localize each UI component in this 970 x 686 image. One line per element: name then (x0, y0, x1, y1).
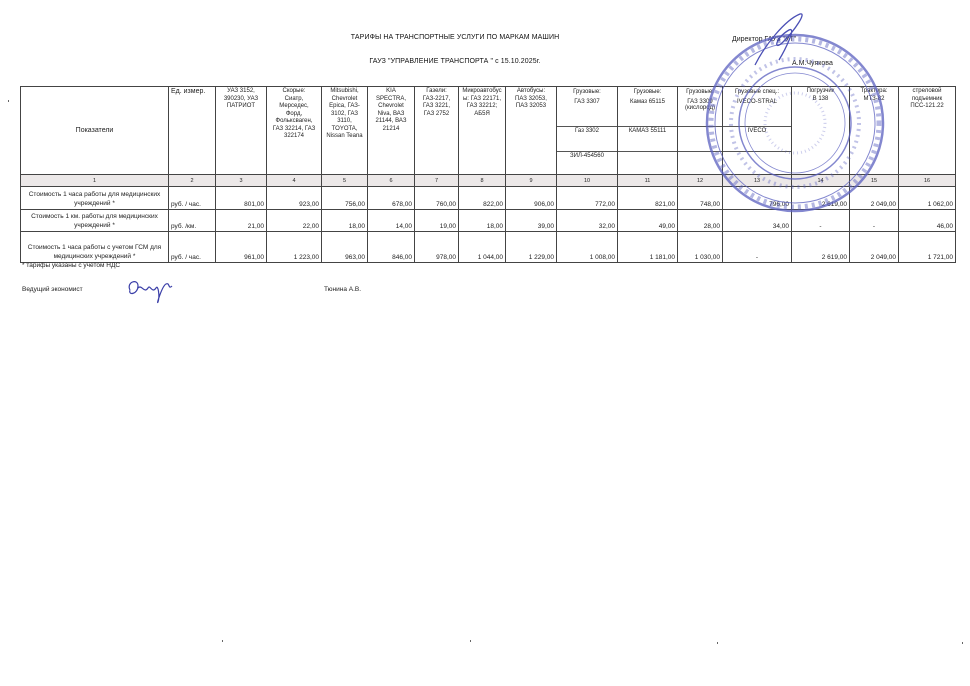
tariff-value: 1 008,00 (557, 232, 618, 263)
vehicle-model-line: Сиатр, (269, 96, 319, 104)
tariff-value: 772,00 (557, 187, 618, 210)
vehicle-model-line: ГАЗ-2217, (417, 96, 456, 104)
scan-speck (8, 100, 9, 102)
tariff-value: 1 229,00 (506, 232, 557, 263)
vehicle-model-line: Форд, (269, 111, 319, 119)
vehicle-model-line: KIA (370, 88, 412, 96)
column-number: 7 (415, 175, 459, 187)
vehicle-model-line: SPECTRA, (370, 96, 412, 104)
vehicle-model-line: 322174 (269, 133, 319, 141)
tariff-value: 760,00 (415, 187, 459, 210)
economist-signature-icon (124, 276, 184, 306)
vehicle-model: КАМАЗ 55111 (618, 127, 677, 152)
vehicle-model-line: Газели: (417, 88, 456, 96)
vehicle-column-header: Mitsubishi,ChevroletEpica, ГАЗ-3102, ГАЗ… (322, 87, 368, 175)
vehicle-column-header: KIASPECTRA,ChevroletNiva, ВАЗ21144, ВАЗ2… (368, 87, 415, 175)
unit-cell: руб. / час. (169, 232, 216, 263)
vehicle-model: Газ 3302 (557, 127, 617, 152)
vehicle-model-line: ПАЗ 32053, (508, 96, 554, 104)
indicator-label: Стоимость 1 часа работы для медицинских … (21, 187, 169, 210)
indicators-header: Показатели (21, 87, 169, 175)
column-number: 5 (322, 175, 368, 187)
vehicle-model-line: ПАТРИОТ (218, 103, 264, 111)
vehicle-column-header: УАЗ 3152,390230, УАЗПАТРИОТ (216, 87, 267, 175)
vehicle-model-line: АБ5Я (461, 111, 503, 119)
tariff-value: 822,00 (459, 187, 506, 210)
column-number: 11 (618, 175, 678, 187)
vehicle-model: ГАЗ 3307 (557, 98, 617, 127)
tariff-value: 801,00 (216, 187, 267, 210)
tariff-value: 49,00 (618, 210, 678, 232)
unit-cell: руб. / час. (169, 187, 216, 210)
economist-title: Ведущий экономист (22, 286, 83, 293)
vehicle-model-line: Скорые: (269, 88, 319, 96)
vat-footnote: * тарифы указаны с учетом НДС (22, 262, 120, 269)
table-row: Стоимость 1 часа работы с учетом ГСМ для… (21, 232, 956, 263)
tariff-value: 1 721,00 (899, 232, 956, 263)
vehicle-model-line: Mitsubishi, (324, 88, 365, 96)
tariff-value: 978,00 (415, 232, 459, 263)
tariff-value: 1 062,00 (899, 187, 956, 210)
scan-speck (470, 640, 471, 642)
vehicle-column-header: Микроавтобусы: ГАЗ 22171,ГАЗ 32212;АБ5Я (459, 87, 506, 175)
scan-speck (717, 642, 718, 644)
vehicle-column-header: Грузовые:ГАЗ 3307Газ 3302ЗИЛ-454560 (557, 87, 618, 175)
vehicle-model-line: 390230, УАЗ (218, 96, 264, 104)
director-signature-icon (745, 10, 825, 70)
vehicle-model-line: TOYOTA, (324, 126, 365, 134)
vehicle-model-line: Микроавтобус (461, 88, 503, 96)
vehicle-model-line: Niva, ВАЗ (370, 111, 412, 119)
vehicle-model-line: Мерседес, (269, 103, 319, 111)
economist-name: Тюнина А.В. (324, 286, 361, 293)
tariff-value: 821,00 (618, 187, 678, 210)
vehicle-model-line: подъемник (901, 96, 953, 104)
column-number: 16 (899, 175, 956, 187)
document-subtitle: ГАУЗ "УПРАВЛЕНИЕ ТРАНСПОРТА " с 15.10.20… (290, 58, 620, 65)
tariff-value: - (723, 232, 792, 263)
indicator-label: Стоимость 1 часа работы с учетом ГСМ для… (21, 232, 169, 263)
tariff-value: 14,00 (368, 210, 415, 232)
tariff-value: 906,00 (506, 187, 557, 210)
tariff-value: 18,00 (322, 210, 368, 232)
unit-header: Ед. измер. (169, 87, 216, 175)
tariff-value: 46,00 (899, 210, 956, 232)
vehicle-model-line: ГАЗ 2752 (417, 111, 456, 119)
vehicle-model (618, 152, 677, 174)
vehicle-column-header: Газели:ГАЗ-2217,ГАЗ 3221,ГАЗ 2752 (415, 87, 459, 175)
vehicle-column-header: Скорые:Сиатр,Мерседес,Форд,Фольксваген,Г… (267, 87, 322, 175)
tariff-value: 2 619,00 (792, 232, 850, 263)
tariff-value: 1 044,00 (459, 232, 506, 263)
vehicle-model-line: Автобусы: (508, 88, 554, 96)
vehicle-model-line: 21214 (370, 126, 412, 134)
vehicle-model-line: Chevrolet (324, 96, 365, 104)
vehicle-model-line: Nissan Teana (324, 133, 365, 141)
column-number: 3 (216, 175, 267, 187)
vehicle-model-line: ГАЗ 32212; (461, 103, 503, 111)
vehicle-column-header: Автобусы:ПАЗ 32053,ПАЗ 32053 (506, 87, 557, 175)
tariff-value: 1 181,00 (618, 232, 678, 263)
scan-speck (222, 640, 223, 642)
vehicle-model-line: ПАЗ 32053 (508, 103, 554, 111)
tariff-value: 846,00 (368, 232, 415, 263)
tariff-value: 32,00 (557, 210, 618, 232)
column-number: 2 (169, 175, 216, 187)
tariff-value: 19,00 (415, 210, 459, 232)
indicator-label: Стоимость 1 км. работы для медицинских у… (21, 210, 169, 232)
tariff-value: 2 049,00 (850, 232, 899, 263)
vehicle-model-line: ГАЗ 32214, ГАЗ (269, 126, 319, 134)
tariff-value: 1 030,00 (678, 232, 723, 263)
vehicle-model-line: 21144, ВАЗ (370, 118, 412, 126)
column-number: 4 (267, 175, 322, 187)
vehicle-column-header: Грузовые:Камаз 65115КАМАЗ 55111 (618, 87, 678, 175)
vehicle-model-line: ГАЗ 3221, (417, 103, 456, 111)
vehicle-model-line: Chevrolet (370, 103, 412, 111)
vehicle-model-line: УАЗ 3152, (218, 88, 264, 96)
vehicle-column-header: стреловойподъемникПСС-121.22 (899, 87, 956, 175)
tariff-value: 963,00 (322, 232, 368, 263)
unit-cell: руб. /км. (169, 210, 216, 232)
vehicle-model-line: Epica, ГАЗ- (324, 103, 365, 111)
vehicle-group-title: Грузовые: (557, 87, 617, 98)
tariff-value: 678,00 (368, 187, 415, 210)
vehicle-model: Камаз 65115 (618, 98, 677, 127)
vehicle-model-line: 3102, ГАЗ (324, 111, 365, 119)
tariff-value: 923,00 (267, 187, 322, 210)
scan-speck (962, 642, 963, 644)
vehicle-model-line: стреловой (901, 88, 953, 96)
column-number: 10 (557, 175, 618, 187)
vehicle-group-title: Грузовые: (618, 87, 677, 98)
vehicle-model-line: Фольксваген, (269, 118, 319, 126)
vehicle-model: ЗИЛ-454560 (557, 152, 617, 174)
tariff-value: 961,00 (216, 232, 267, 263)
column-number: 9 (506, 175, 557, 187)
vehicle-model-line: ы: ГАЗ 22171, (461, 96, 503, 104)
vehicle-model-line: 3110, (324, 118, 365, 126)
vehicle-model-line: ПСС-121.22 (901, 103, 953, 111)
column-number: 1 (21, 175, 169, 187)
document-title: ТАРИФЫ НА ТРАНСПОРТНЫЕ УСЛУГИ ПО МАРКАМ … (290, 34, 620, 41)
column-number: 8 (459, 175, 506, 187)
tariff-value: 18,00 (459, 210, 506, 232)
tariff-value: 21,00 (216, 210, 267, 232)
tariff-value: 756,00 (322, 187, 368, 210)
tariff-value: 1 223,00 (267, 232, 322, 263)
tariff-value: 22,00 (267, 210, 322, 232)
column-number: 6 (368, 175, 415, 187)
tariff-value: 39,00 (506, 210, 557, 232)
